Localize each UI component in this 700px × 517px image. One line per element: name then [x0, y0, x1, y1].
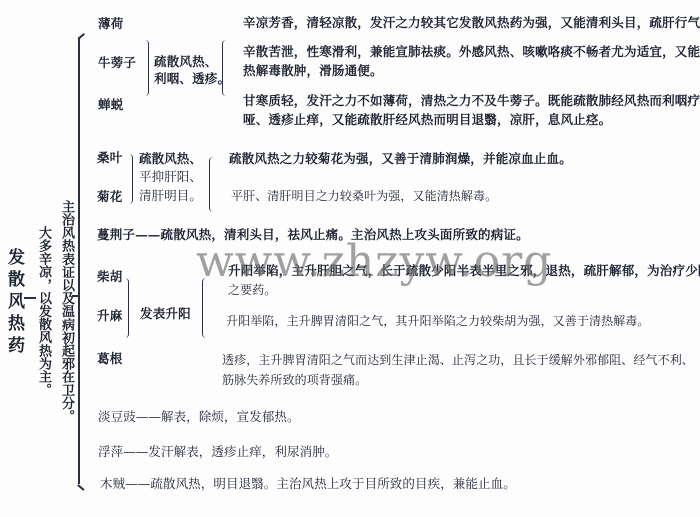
herb-manjingzi: 蔓荆子: [97, 227, 135, 242]
note-chantui-1: 甘寒质轻，发汗之力不如薄荷，清热之力不及牛蒡子。既能疏散肺经风热而利咽疗: [243, 94, 700, 108]
note-shengma: 升阳举陷，主升脾胃清阳之气，其升阳举陷之力较柴胡为强，又善于清热解毒。: [226, 314, 650, 328]
group3-right-brace: [124, 278, 129, 338]
group1-common-2: 利咽、透疹。: [154, 72, 230, 86]
group2-common-1: 疏散风热、: [139, 152, 202, 166]
note-muzei: 疏散风热，明目退翳。主治风热上攻于目所致的目疾，兼能止血。: [150, 476, 515, 491]
herb-dandouchi: 淡豆豉: [98, 409, 136, 424]
note-gegen-2: 筋脉失养所致的项背强痛。: [222, 373, 367, 387]
herb-chantui: 蝉蜕: [98, 98, 123, 112]
main-spine: [78, 38, 80, 484]
note-bohe: 辛凉芳香，清轻凉散，发汗之力较其它发散风热药为强，又能清利头目，疏肝行气。: [243, 16, 700, 30]
row-dandouchi: 淡豆豉——解表，除烦，宣发郁热。: [98, 410, 300, 424]
herb-sangye: 桑叶: [97, 151, 122, 165]
herb-chaihu: 柴胡: [97, 270, 122, 284]
group2-right-brace: [128, 154, 133, 204]
note-fuping: 发汗解表，透疹止痒，利尿消肿。: [148, 444, 337, 459]
group1-right-brace: [144, 40, 149, 96]
root-connector: [24, 297, 36, 299]
dash: ——: [123, 444, 148, 459]
group2-common-2: 平抑肝阳、: [139, 170, 202, 184]
group1-common-1: 疏散风热、: [154, 55, 218, 69]
group1-left-brace: [222, 40, 227, 96]
dash: ——: [135, 227, 160, 242]
herb-shengma: 升麻: [97, 309, 122, 323]
note-niubangzi-2: 热解毒散肿，滑肠通便。: [243, 64, 383, 78]
group3-left-brace: [202, 278, 207, 338]
root-title: 发散风热药: [5, 248, 22, 358]
herb-bohe: 薄荷: [98, 17, 123, 31]
group2-left-brace: [209, 157, 214, 212]
herb-juhua: 菊花: [97, 190, 122, 204]
group3-common: 发表升阳: [140, 307, 191, 321]
spine-top-hook: [78, 33, 85, 39]
watermark: www.zhzyw.org: [196, 236, 552, 287]
row-fuping: 浮萍——发汗解表，透疹止痒，利尿消肿。: [98, 445, 337, 459]
spine-bottom-hook: [78, 484, 85, 490]
herb-muzei: 木贼: [100, 476, 125, 491]
root-indication: 主治风热表证以及温病初起邪在卫分。: [59, 200, 74, 423]
note-juhua: 平肝、清肝明目之力较桑叶为强，又能清热解毒。: [231, 189, 497, 203]
note-niubangzi-1: 辛散苦泄，性寒滑利，兼能宣肺祛痰。外感风热、咳嗽咯痰不畅者尤为适宜，又能清: [243, 45, 700, 59]
root-property: 大多辛凉，以发散风热为主。: [36, 226, 51, 396]
herb-fuping: 浮萍: [98, 444, 123, 459]
note-dandouchi: 解表，除烦，宣发郁热。: [161, 409, 300, 424]
herb-gegen: 葛根: [97, 352, 122, 366]
row-muzei: 木贼——疏散风热，明目退翳。主治风热上攻于目所致的目疾，兼能止血。: [100, 477, 516, 491]
note-chantui-2: 哑、透疹止痒，又能疏散肝经风热而明目退翳，凉肝，息风止痉。: [243, 113, 611, 127]
dash: ——: [125, 476, 150, 491]
dash: ——: [136, 409, 161, 424]
note-gegen-1: 透疹，主升脾胃清阳之气而达到生津止渴、止泻之功，且长于缓解外邪郁阻、经气不利、: [222, 353, 694, 367]
note-sangye: 疏散风热之力较菊花为强，又善于清肺润燥，并能凉血止血。: [229, 152, 572, 166]
group2-common-3: 清肝明目。: [139, 189, 202, 203]
herb-niubangzi: 牛蒡子: [98, 56, 136, 70]
